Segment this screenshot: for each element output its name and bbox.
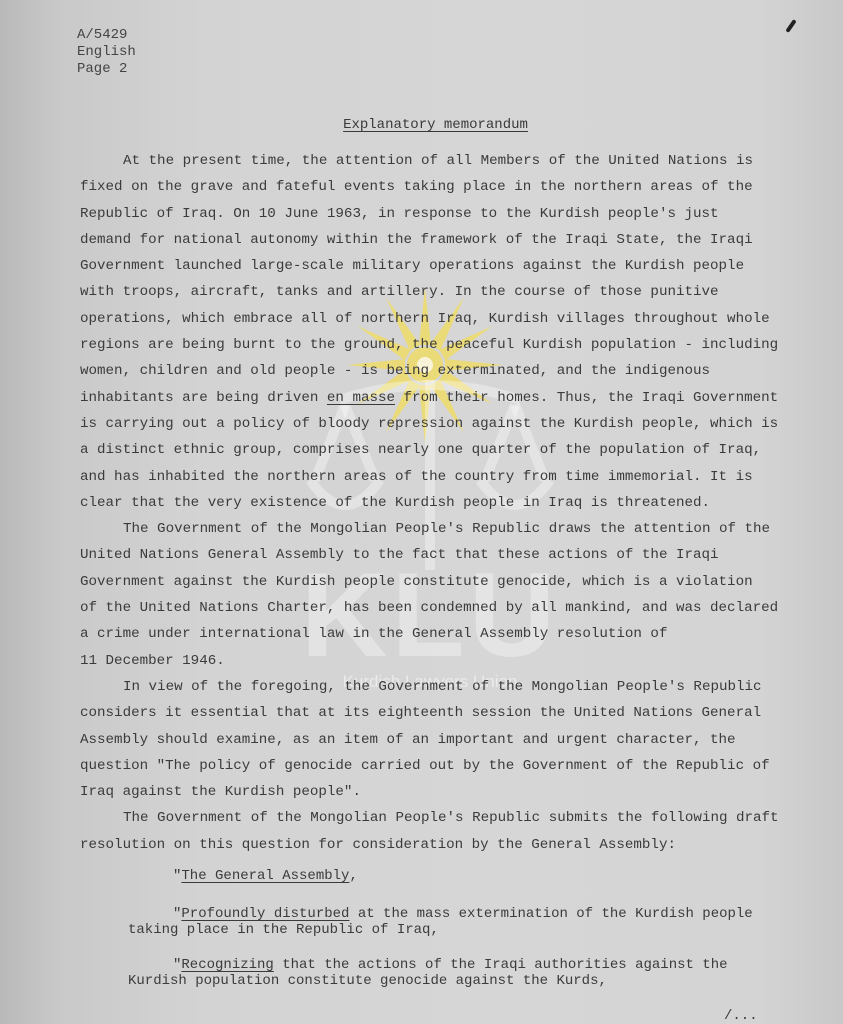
text-line: with troops, aircraft, tanks and artille… — [80, 279, 810, 305]
text-span: at the mass extermination of the Kurdish… — [349, 906, 752, 922]
document-page: KLU Kurdish Lawyers Union A/5429 English… — [0, 0, 843, 1024]
text-line: a distinct ethnic group, comprises nearl… — [80, 437, 810, 463]
text-span: inhabitants are being driven — [80, 390, 327, 406]
text-line: At the present time, the attention of al… — [80, 148, 810, 174]
underlined-phrase: Profoundly disturbed — [181, 906, 349, 922]
continuation-marker: /... — [724, 1008, 758, 1024]
paragraph-4: The Government of the Mongolian People's… — [80, 805, 810, 858]
resolution-clause-2: "Recognizing that the actions of the Ira… — [128, 957, 818, 989]
paragraph-2: The Government of the Mongolian People's… — [80, 516, 810, 674]
underlined-phrase: Recognizing — [181, 957, 273, 973]
document-symbol: A/5429 — [77, 27, 136, 44]
text-line: operations, which embrace all of norther… — [80, 306, 810, 332]
document-language: English — [77, 44, 136, 61]
text-span: , — [349, 868, 357, 884]
paragraph-3: In view of the foregoing, the Government… — [80, 674, 810, 805]
text-line: resolution on this question for consider… — [80, 832, 810, 858]
text-line: women, children and old people - is bein… — [80, 358, 810, 384]
text-line: inhabitants are being driven en masse fr… — [80, 385, 810, 411]
text-line: fixed on the grave and fateful events ta… — [80, 174, 810, 200]
text-line: clear that the very existence of the Kur… — [80, 490, 810, 516]
text-line: Government against the Kurdish people co… — [80, 569, 810, 595]
resolution-clause-1: "Profoundly disturbed at the mass exterm… — [128, 906, 818, 938]
text-line: a crime under international law in the G… — [80, 621, 810, 647]
underlined-phrase: The General Assembly — [181, 868, 349, 884]
text-span: from their homes. Thus, the Iraqi Govern… — [395, 390, 778, 406]
text-line: and has inhabited the northern areas of … — [80, 464, 810, 490]
text-line: regions are being burnt to the ground, t… — [80, 332, 810, 358]
memorandum-title-container: Explanatory memorandum — [0, 117, 843, 133]
document-header: A/5429 English Page 2 — [77, 27, 136, 78]
text-line: In view of the foregoing, the Government… — [80, 674, 810, 700]
text-line: "Profoundly disturbed at the mass exterm… — [128, 906, 818, 922]
paragraph-1: At the present time, the attention of al… — [80, 148, 810, 516]
text-line: The Government of the Mongolian People's… — [80, 805, 810, 831]
text-line: The Government of the Mongolian People's… — [80, 516, 810, 542]
text-line: United Nations General Assembly to the f… — [80, 542, 810, 568]
text-line: "Recognizing that the actions of the Ira… — [128, 957, 818, 973]
underlined-phrase: en masse — [327, 390, 395, 406]
text-line: considers it essential that at its eight… — [80, 700, 810, 726]
text-line: of the United Nations Charter, has been … — [80, 595, 810, 621]
text-line: taking place in the Republic of Iraq, — [128, 922, 818, 938]
text-line: 11 December 1946. — [80, 648, 810, 674]
text-line: question "The policy of genocide carried… — [80, 753, 810, 779]
pen-mark-icon — [785, 19, 796, 33]
text-line: Republic of Iraq. On 10 June 1963, in re… — [80, 201, 810, 227]
text-line: Assembly should examine, as an item of a… — [80, 727, 810, 753]
resolution-heading: "The General Assembly, — [128, 868, 818, 884]
text-line: is carrying out a policy of bloody repre… — [80, 411, 810, 437]
text-line: Kurdish population constitute genocide a… — [128, 973, 818, 989]
text-line: Iraq against the Kurdish people". — [80, 779, 810, 805]
text-line: Government launched large-scale military… — [80, 253, 810, 279]
text-line: "The General Assembly, — [128, 868, 818, 884]
text-span: that the actions of the Iraqi authoritie… — [274, 957, 728, 973]
page-number: Page 2 — [77, 61, 136, 78]
memorandum-title: Explanatory memorandum — [343, 117, 528, 133]
text-line: demand for national autonomy within the … — [80, 227, 810, 253]
memorandum-body: At the present time, the attention of al… — [80, 148, 810, 858]
